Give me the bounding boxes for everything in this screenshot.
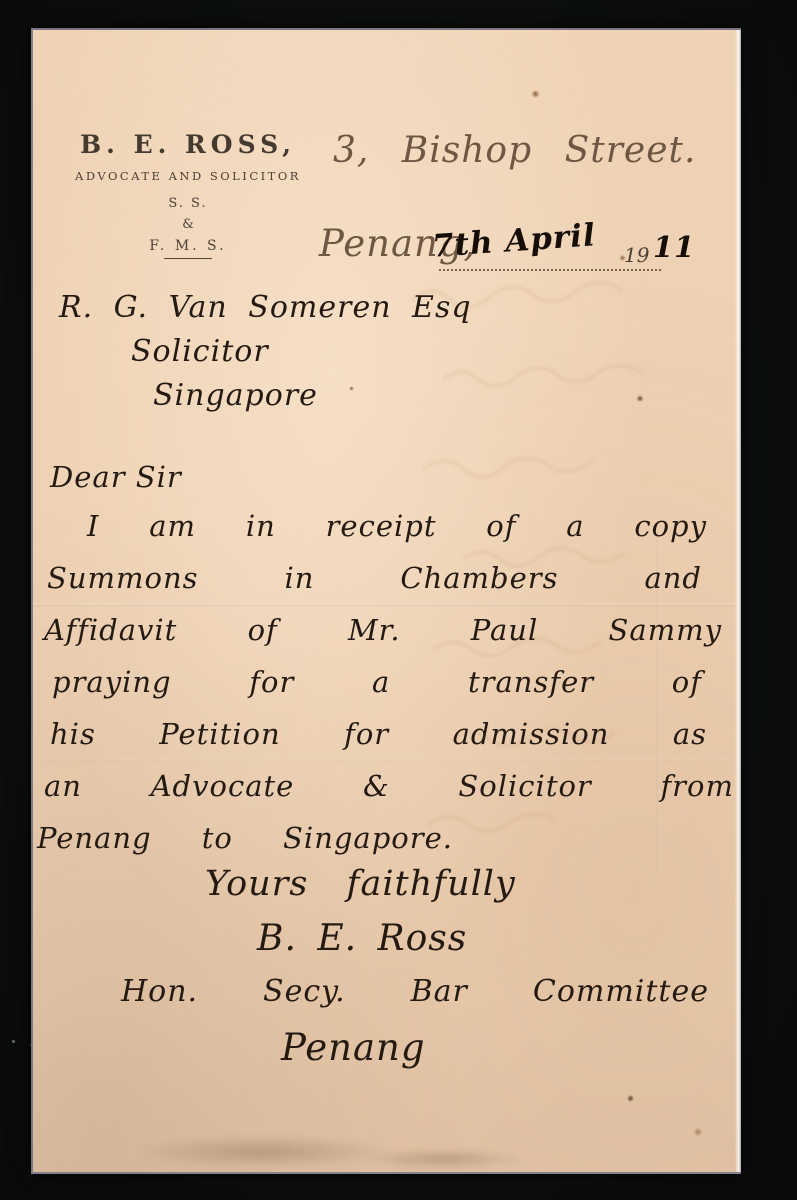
dust-speck [12,1040,15,1043]
letter-body: I am in receipt of a copy Summons in Cha… [33,500,743,864]
letterhead-ampersand: & [58,217,318,232]
body-line: Summons in Chambers and [47,552,702,604]
recipient-name: R. G. Van Someren Esq [59,286,472,330]
body-line: Penang to Singapore. [37,812,453,864]
letterhead-region-fms: F. M. S. [58,238,318,254]
body-line: Affidavit of Mr. Paul Sammy [44,604,722,656]
body-line: praying for a transfer of [52,656,702,708]
smudge-stain [133,1135,393,1169]
recipient-city: Singapore [153,374,472,418]
photo-background: B. E. ROSS, ADVOCATE AND SOLICITOR S. S.… [0,0,797,1200]
handwritten-year-suffix: 11 [653,230,695,264]
body-line: I am in receipt of a copy [87,500,707,552]
smudge-stain [363,1148,523,1170]
ink-spot-stain [627,1095,634,1102]
letterhead-rule [164,258,212,259]
ink-spot-stain [636,395,644,402]
letterhead-block: B. E. ROSS, ADVOCATE AND SOLICITOR S. S.… [58,130,318,259]
recipient-title: Solicitor [131,330,472,374]
salutation: Dear Sir [50,460,182,494]
foxing-stain [693,1128,703,1136]
signature-title: Hon. Secy. Bar Committee [121,974,709,1009]
letterhead-street-address: 3, Bishop Street. [333,130,696,171]
signature-place: Penang [281,1026,426,1069]
body-line: his Petition for admission as [50,708,707,760]
body-line: an Advocate & Solicitor from [44,760,734,812]
letter-page: B. E. ROSS, ADVOCATE AND SOLICITOR S. S.… [31,28,741,1174]
recipient-address: R. G. Van Someren Esq Solicitor Singapor… [59,286,472,418]
letterhead-name: B. E. ROSS, [58,130,318,159]
printed-year-prefix: 19 [624,243,649,267]
letterhead-region-ss: S. S. [58,196,318,211]
letterhead-profession: ADVOCATE AND SOLICITOR [58,169,318,183]
signature: B. E. Ross [257,918,467,959]
closing-phrase: Yours faithfully [205,864,516,904]
ink-spot-stain [531,90,540,98]
